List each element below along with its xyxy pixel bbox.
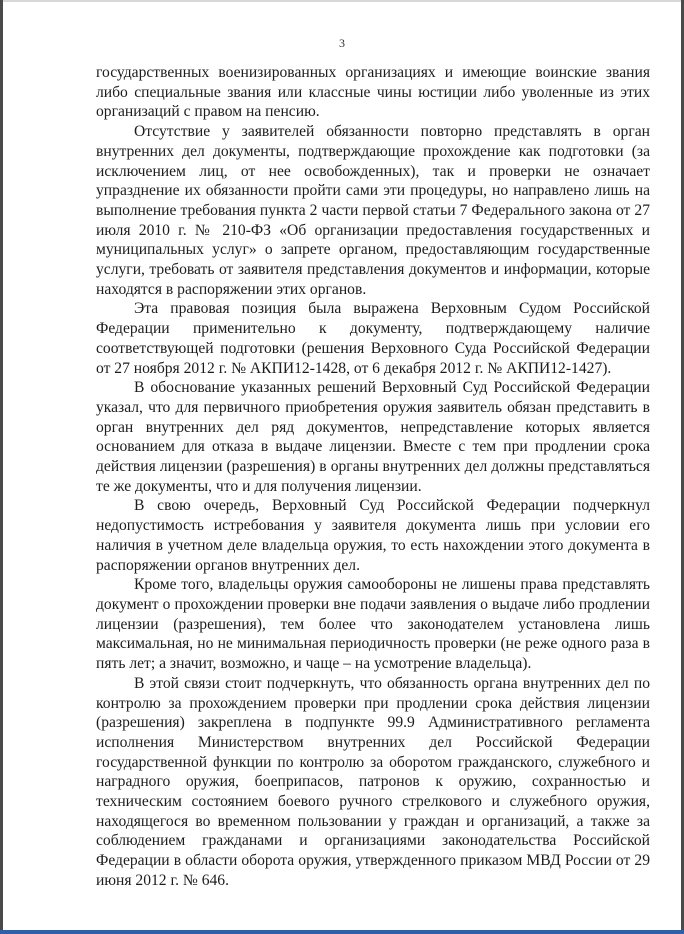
paragraph-5: В свою очередь, Верховный Суд Российской… <box>96 496 650 575</box>
document-page: 3 государственных военизированных органи… <box>4 2 680 930</box>
paragraph-2: Отсутствие у заявителей обязанности повт… <box>96 122 650 299</box>
paragraph-6: Кроме того, владельцы оружия самообороны… <box>96 575 650 674</box>
paragraph-1: государственных военизированных организа… <box>96 63 650 122</box>
window-left-border <box>0 0 3 934</box>
paragraph-7: В этой связи стоит подчеркнуть, что обяз… <box>96 674 650 891</box>
document-body: государственных военизированных организа… <box>96 63 650 891</box>
page-number: 3 <box>4 36 680 51</box>
paragraph-4: В обоснование указанных решений Верховны… <box>96 378 650 496</box>
window-bottom-border <box>0 930 684 934</box>
paragraph-3: Эта правовая позиция была выражена Верхо… <box>96 299 650 378</box>
